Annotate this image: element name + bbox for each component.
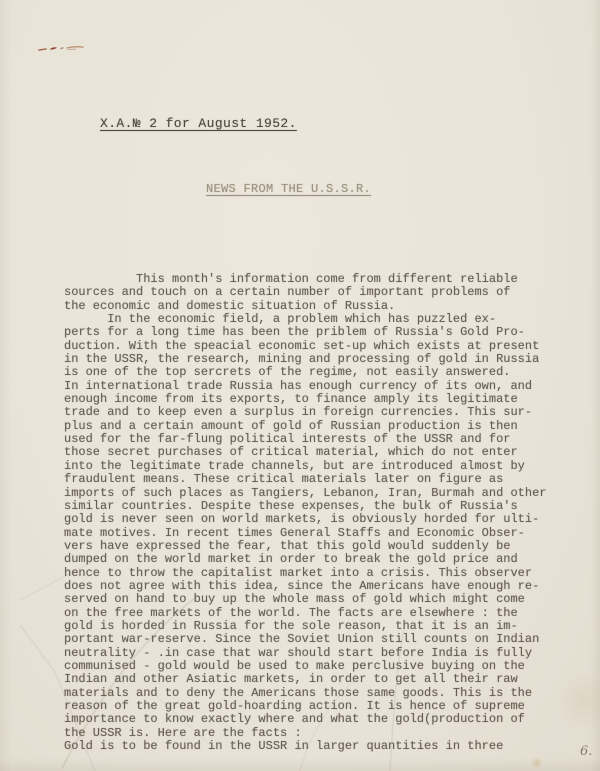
body-text: This month's information come from diffe…: [64, 273, 546, 753]
issue-heading: X.A.№ 2 for August 1952.: [100, 116, 297, 131]
page-number: 6.: [580, 744, 592, 759]
scanned-document-page: X.A.№ 2 for August 1952. NEWS FROM THE U…: [0, 0, 600, 771]
red-pencil-scribble-icon: [38, 41, 92, 57]
document-title: NEWS FROM THE U.S.S.R.: [206, 182, 371, 196]
